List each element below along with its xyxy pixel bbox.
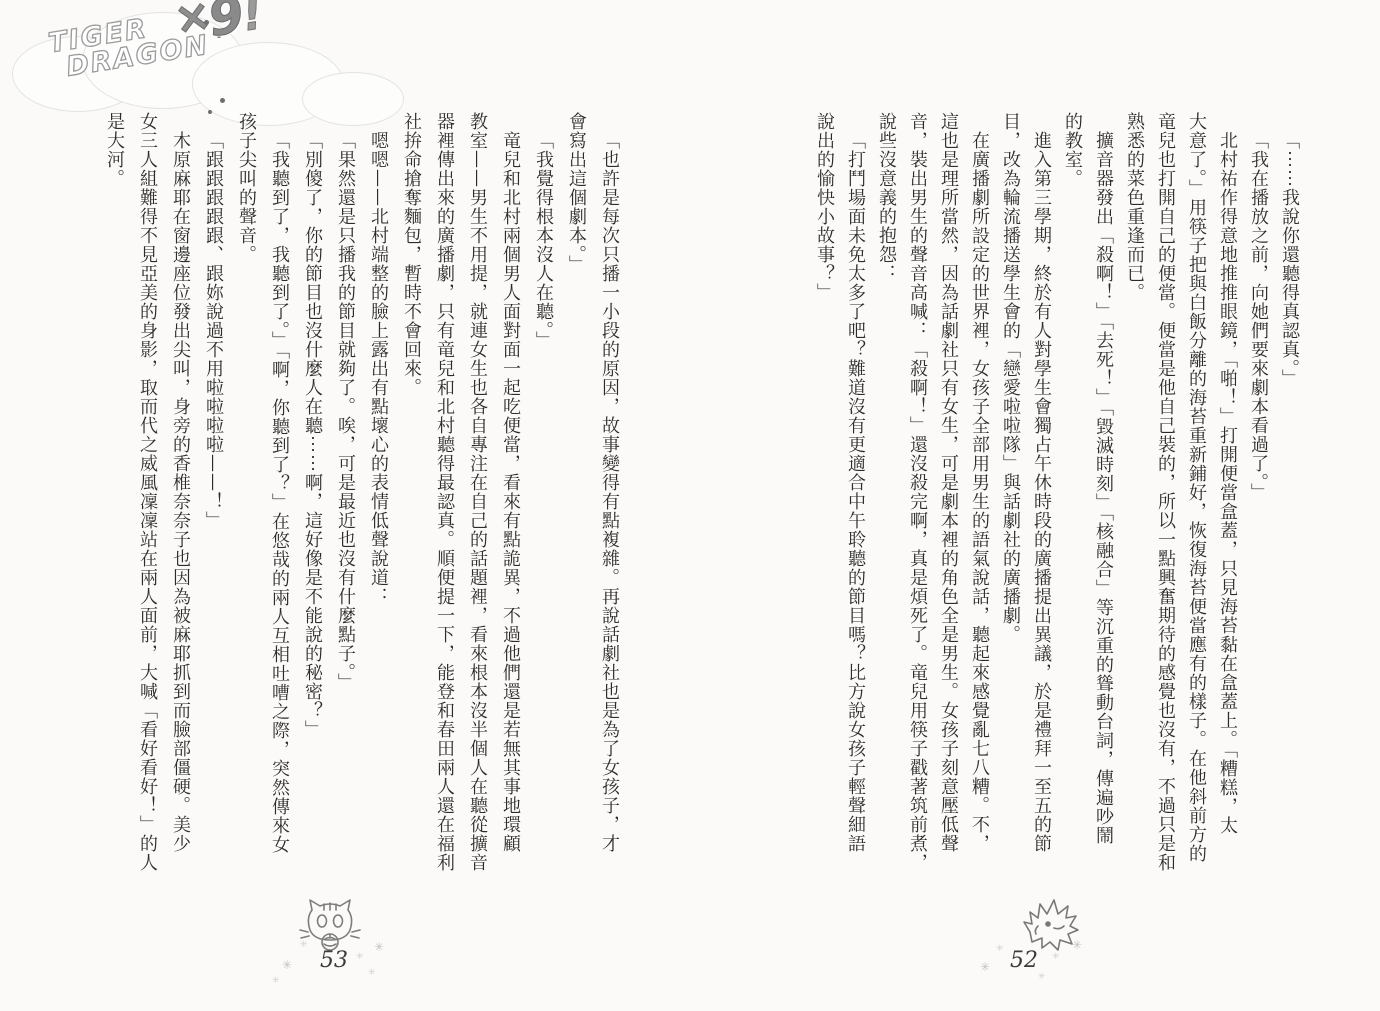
text-column: 這也是理所當然，因為話劇社只有女生，可是劇本裡的角色全是男生。女孩子刻意壓低聲 [926,112,957,912]
text-column: 「跟跟跟跟跟、跟妳說過不用啦啦啦啦——！」 [189,112,222,912]
sparkle-icon: ✳ [368,968,376,978]
text-column: 大意了。」用筷子把與白飯分離的海苔重新鋪好，恢復海苔便當應有的樣子。在他斜前方的 [1174,112,1205,912]
sparkle-icon: ✳ [1038,972,1046,982]
text-column: 「我覺得根本沒人在聽。」 [519,112,552,912]
text-column: 女三人組難得不見亞美的身影，取而代之威風凜凜站在兩人面前，大喊「看好看好！」的人 [123,112,156,912]
sparkle-icon: ✳ [1052,952,1060,962]
text-column: 「打鬥場面未免太多了吧？難道沒有更適合中午聆聽的節目嗎？比方說女孩子輕聲細語 [833,112,864,912]
page-number-53: 53 [320,948,348,973]
text-column: 的教室。 [1050,112,1081,912]
text-column: 「也許是每次只播一小段的原因，故事變得有點複雜。再說話劇社也是為了女孩子，才 [585,112,618,912]
text-column: 竜兒也打開自己的便當。便當是他自己裝的，所以一點興奮期待的感覺也沒有，不過只是和 [1143,112,1174,912]
sparkle-icon: ✳ [300,940,308,950]
sparkle-icon: ✳ [356,952,364,962]
sparkle-icon: ✳ [996,944,1004,954]
page-53-text: 「也許是每次只播一小段的原因，故事變得有點複雜。再說話劇社也是為了女孩子，才 會… [88,112,618,912]
text-column: 器裡傳出來的廣播劇，只有竜兒和北村聽得最認真。順便提一下，能登和春田兩人還在福利 [420,112,453,912]
text-column: 音，裝出男生的聲音高喊：「殺啊！」還沒殺完啊，真是煩死了。竜兒用筷子戳著筑前煮， [895,112,926,912]
page-52-text: 「⋯⋯我說你還聽得真認真。」 「我在播放之前，向她們要來劇本看過了。」 北村祐作… [800,112,1298,912]
text-column: 「別傻了，你的節目也沒什麼人在聽⋯⋯啊，這好像是不能說的秘密？」 [288,112,321,912]
text-column: 在廣播劇所設定的世界裡，女孩子全部用男生的語氣說話，聽起來感覺亂七八糟。不， [957,112,988,912]
text-column: 是大河。 [90,112,123,912]
text-column: 說些沒意義的抱怨： [864,112,895,912]
text-column: 「⋯⋯我說你還聽得真認真。」 [1267,112,1298,912]
text-column: 孩子尖叫的聲音。 [222,112,255,912]
text-column: 「我聽到了，我聽到了。」「啊，你聽到了？」在悠哉的兩人互相吐嘈之際，突然傳來女 [255,112,288,912]
text-column: 竜兒和北村兩個男人面對面一起吃便當，看來有點詭異，不過他們還是若無其事地環顧 [486,112,519,912]
text-column: 會寫出這個劇本。」 [552,112,585,912]
sparkle-icon: ✳ [980,960,990,974]
text-column: 擴音器發出「殺啊！」「去死！」「毀滅時刻」「核融合」等沉重的聳動台詞，傳遍吵鬧 [1081,112,1112,912]
text-column: 熟悉的菜色重逢而已。 [1112,112,1143,912]
text-column: 「果然還是只播我的節目就夠了。唉，可是最近也沒有什麼點子。」 [321,112,354,912]
sparkle-icon: ✳ [282,958,292,972]
text-column: 嗯嗯——北村端整的臉上露出有點壞心的表情低聲說道： [354,112,387,912]
text-column: 進入第三學期，終於有人對學生會獨占午休時段的廣播提出異議，於是禮拜一至五的節 [1019,112,1050,912]
sparkle-icon: ✳ [1072,938,1082,952]
sparkle-icon: ✳ [374,940,384,954]
text-column: 木原麻耶在窗邊座位發出尖叫，身旁的香椎奈奈子也因為被麻耶抓到而臉部僵硬。美少 [156,112,189,912]
text-column: 社拚命搶奪麵包，暫時不會回來。 [387,112,420,912]
text-column: 目，改為輪流播送學生會的「戀愛啦啦隊」與話劇社的廣播劇。 [988,112,1019,912]
sparkle-icon: ✳ [272,976,280,986]
logo-dot [220,98,225,103]
text-column: 說出的愉快小故事？」 [802,112,833,912]
text-column: 「我在播放之前，向她們要來劇本看過了。」 [1236,112,1267,912]
page-number-52: 52 [1010,948,1038,973]
text-column: 北村祐作得意地推推眼鏡，「啪！」打開便當盒蓋，只見海苔黏在盒蓋上。「糟糕，太 [1205,112,1236,912]
text-column: 教室——男生不用提，就連女生也各自專注在自己的話題裡，看來根本沒半個人在聽從擴音 [453,112,486,912]
